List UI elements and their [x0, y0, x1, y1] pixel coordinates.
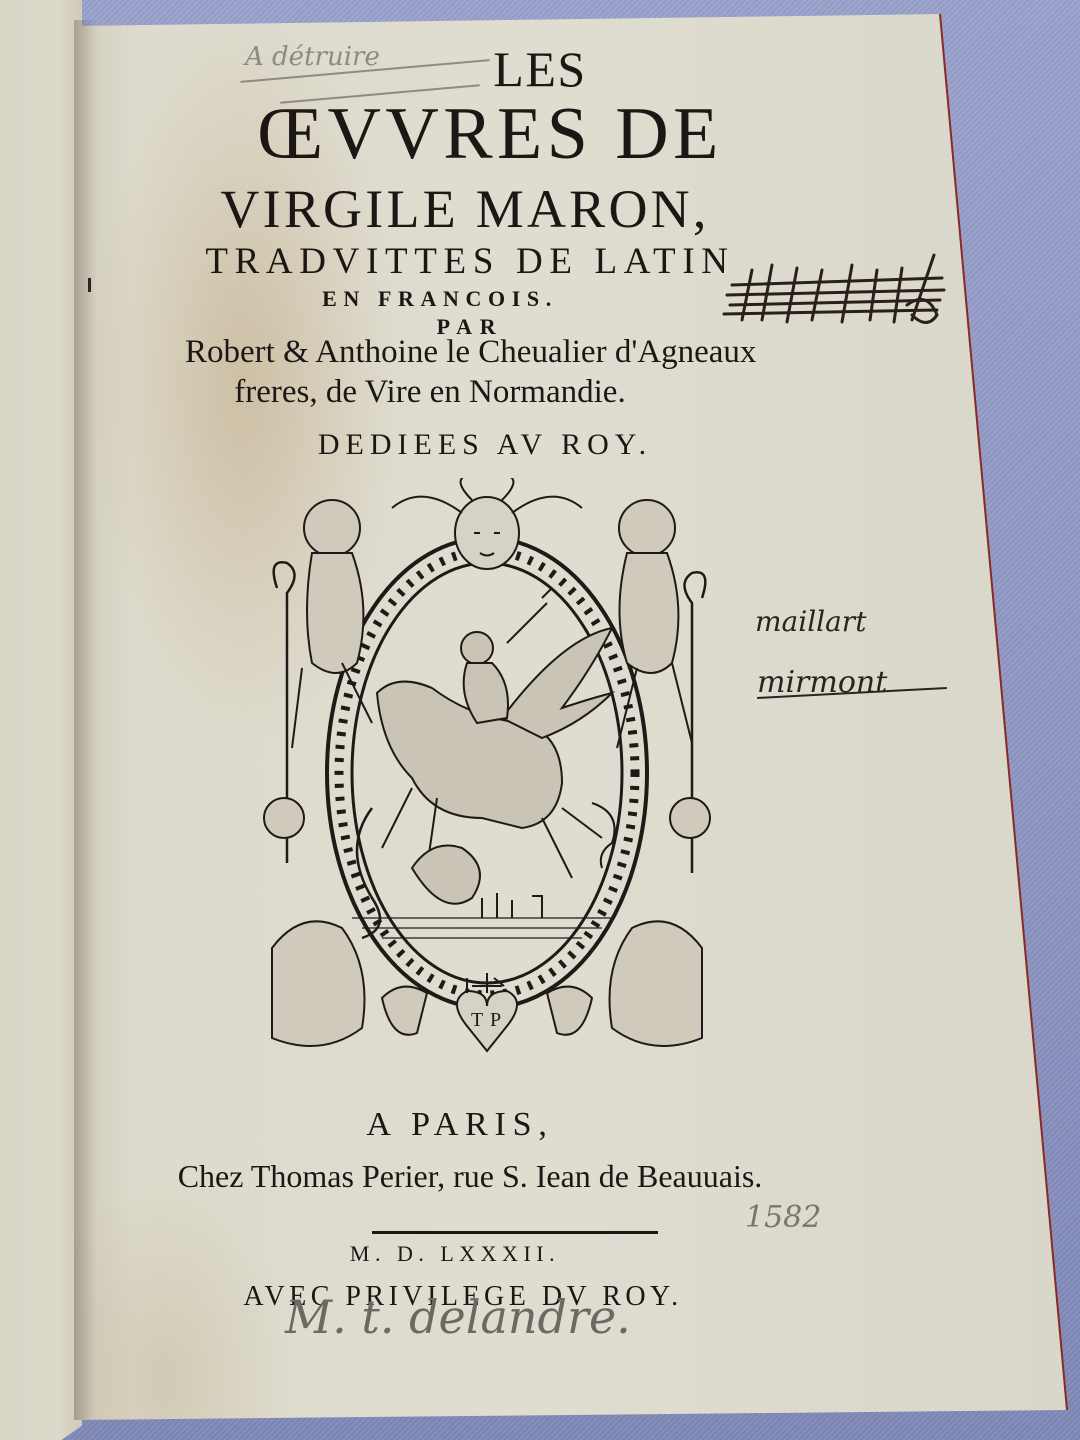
svg-text:P: P: [490, 1009, 501, 1031]
gutter-shadow: [74, 20, 96, 1420]
handwritten-signature: M. t. delandre.: [285, 1290, 631, 1344]
woodcut-illustration: T P: [262, 478, 712, 1098]
imprint-city: A PARIS,: [330, 1106, 590, 1144]
subtitle-traduittes: TRADVITTES DE LATIN: [190, 240, 750, 283]
stray-mark: [88, 278, 91, 292]
authors-origin: freres, de Vire en Normandie.: [200, 374, 660, 411]
horizontal-rule: [372, 1231, 658, 1234]
svg-text:T: T: [471, 1009, 483, 1031]
dedication: DEDIEES AV ROY.: [265, 428, 705, 462]
authors-line: Robert & Anthoine le Cheualier d'Agneaux: [185, 334, 745, 371]
imprint-date: M. D. LXXXII.: [335, 1241, 575, 1267]
imprint-printer: Chez Thomas Perier, rue S. Iean de Beauu…: [160, 1158, 780, 1195]
scribbled-out-inscription: [712, 250, 952, 330]
title-virgile: VIRGILE MARON,: [185, 178, 745, 240]
title-les: LES: [460, 40, 620, 98]
handwritten-year: 1582: [745, 1200, 821, 1235]
facing-endpaper: [0, 0, 82, 1440]
handwritten-note-struck: A détruire: [245, 42, 380, 72]
subtitle-francois: EN FRANCOIS.: [270, 286, 610, 312]
handwritten-name-1: maillart: [755, 605, 866, 638]
title-oeuvres: ŒVVRES DE: [180, 92, 800, 177]
